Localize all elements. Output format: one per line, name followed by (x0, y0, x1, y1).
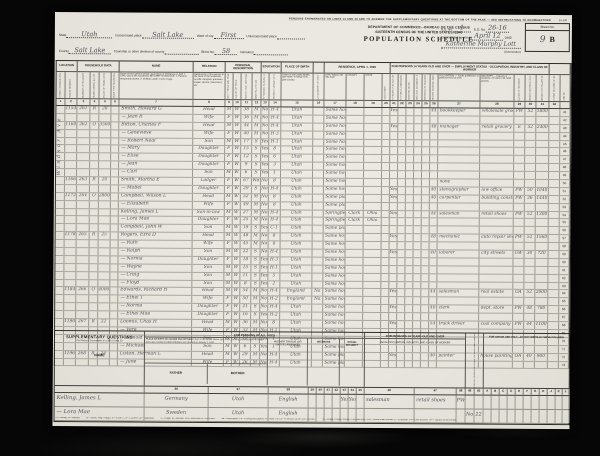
table-cell (89, 264, 98, 271)
table-cell (55, 303, 64, 310)
column-number: H (540, 389, 548, 395)
column-number: 17 (324, 101, 346, 107)
table-cell (65, 138, 77, 145)
table-cell (398, 234, 406, 241)
table-cell (77, 169, 90, 176)
table-cell (76, 272, 89, 279)
table-cell: 54 (429, 321, 437, 328)
table-cell: Yes (260, 257, 268, 264)
table-cell (414, 116, 422, 123)
table-cell (364, 163, 382, 170)
table-cell (346, 226, 364, 233)
table-cell (390, 171, 398, 178)
table-cell: city streets (480, 251, 514, 258)
table-cell (413, 282, 421, 289)
column-group-header: LOCATION (57, 61, 78, 71)
table-cell: — Norma (118, 256, 192, 263)
table-cell (77, 114, 90, 121)
sd-value: 1 (453, 25, 471, 32)
scanned-census-page: PERSONS ENUMERATED ON LINES 14 AND 29 AR… (0, 0, 600, 456)
column-header: COLOR OR RACE (233, 73, 241, 99)
table-cell (346, 139, 364, 146)
column-number: E (516, 389, 524, 395)
column-header: AT PUBLIC EMERGENCY WORK (398, 74, 406, 100)
table-cell: No (261, 249, 269, 256)
table-cell: Same house (324, 123, 346, 130)
table-cell: No (261, 241, 269, 248)
table-cell (55, 272, 64, 279)
column-number: 27 (438, 101, 480, 107)
column-number: C (500, 389, 508, 395)
table-cell (65, 201, 77, 208)
table-cell (514, 203, 525, 210)
block-label: Block No. (201, 50, 215, 55)
column-number (55, 386, 145, 393)
table-cell (438, 140, 480, 147)
table-cell (513, 298, 524, 305)
column-number: 1 (56, 99, 65, 105)
column-group-header: RELATION (194, 62, 226, 72)
column-header: HIGHEST GRADE OF SCHOOL COMPLETED (269, 73, 281, 99)
table-cell (406, 116, 414, 123)
table-cell (549, 117, 560, 124)
table-cell: 53 (560, 204, 570, 211)
table-cell: Wd (252, 178, 261, 185)
table-cell (56, 216, 65, 223)
table-cell (363, 274, 381, 281)
table-cell (549, 243, 560, 250)
table-cell (77, 130, 90, 137)
table-cell (525, 117, 536, 124)
table-cell: M (225, 170, 233, 177)
table-cell: 15 (240, 265, 251, 272)
incorporated-place-label: Incorporated place (115, 33, 141, 38)
table-cell: 1100 (535, 322, 548, 329)
table-cell (514, 164, 525, 171)
table-cell: H-4 (269, 107, 281, 114)
table-cell (524, 298, 535, 305)
table-cell: Utah (281, 139, 313, 146)
table-cell: Daughter (193, 162, 225, 169)
table-cell: — Robert Neal (119, 138, 193, 145)
table-cell: W (233, 218, 241, 225)
table-cell (90, 169, 99, 176)
table-cell: No (260, 289, 268, 296)
table-cell: Son (193, 225, 225, 232)
table-cell (535, 275, 548, 282)
table-cell (406, 227, 414, 234)
table-cell (421, 306, 429, 313)
table-cell (406, 219, 414, 226)
table-cell (398, 195, 406, 202)
table-cell (405, 313, 413, 320)
table-cell (312, 257, 323, 264)
table-cell (480, 164, 514, 171)
table-cell (90, 201, 99, 208)
table-cell (406, 203, 414, 210)
column-header: WAGES OR SALARY RECEIVED IN 1939 (536, 75, 549, 101)
usual-occupation-label: USUAL OCCUPATION, INDUSTRY, AND CLASS OF… (365, 339, 465, 347)
column-number: 20 (382, 101, 390, 107)
table-cell (65, 169, 77, 176)
table-cell (405, 258, 413, 265)
table-cell (397, 258, 405, 265)
table-cell (76, 256, 89, 263)
ward-label: Ward of city (197, 34, 214, 39)
table-cell (398, 163, 406, 170)
incorporated-place-field: Incorporated place Salt Lake (115, 32, 193, 39)
column-number: 47 (415, 388, 457, 394)
table-cell: M (252, 107, 261, 114)
table-cell: H-4 (269, 115, 281, 122)
table-cell (414, 195, 422, 202)
table-cell: none (438, 179, 480, 186)
table-cell: Utah (280, 320, 312, 327)
table-cell (397, 290, 405, 297)
table-cell (313, 210, 324, 217)
table-cell (389, 258, 397, 265)
table-cell: salesman (365, 395, 415, 408)
table-cell (429, 258, 437, 265)
table-cell (422, 250, 430, 257)
table-cell (111, 122, 119, 129)
table-cell (536, 172, 549, 179)
column-number: 4 (90, 99, 99, 105)
table-cell (422, 219, 430, 226)
table-cell: — Elizabeth (119, 201, 193, 208)
column-number: 32 (549, 102, 560, 108)
table-cell (398, 211, 406, 218)
table-cell: M (252, 202, 261, 209)
enumeration-date-line: Enumerated by me on April 12 , 1940 (441, 33, 521, 40)
table-cell (549, 164, 560, 171)
mother-tongue-column-header: MOTHER TONGUE (OR NATIVE LANGUAGE) (268, 338, 308, 385)
table-cell: 8 (269, 178, 281, 185)
table-cell (398, 140, 406, 147)
column-number: 44 (349, 388, 357, 394)
column-header: HAS JOB, BUSINESS, ETC. (414, 74, 422, 100)
table-cell (398, 179, 406, 186)
table-cell (99, 138, 111, 145)
table-cell (525, 156, 536, 163)
table-cell: S (251, 273, 260, 280)
table-cell (89, 280, 98, 287)
table-cell: 48 (560, 164, 570, 171)
table-cell (413, 258, 421, 265)
table-cell (55, 287, 64, 294)
table-cell (514, 227, 525, 234)
column-header: WEEKS WORKED IN 1939 (525, 75, 536, 101)
table-cell (90, 240, 99, 247)
table-cell: 1184 (64, 288, 76, 295)
table-cell (405, 274, 413, 281)
table-cell (390, 242, 398, 249)
table-cell: Na (312, 289, 323, 296)
table-cell (438, 164, 480, 171)
table-cell: PW (514, 188, 525, 195)
header-fields-row-2: County Salt Lake Township or other divis… (59, 38, 331, 56)
table-cell (414, 219, 422, 226)
table-cell (430, 227, 438, 234)
county-field: County Salt Lake (59, 48, 111, 55)
table-cell (480, 132, 514, 139)
table-cell (111, 248, 119, 255)
table-cell: No (260, 305, 268, 312)
table-cell (389, 297, 397, 304)
table-cell (89, 303, 98, 310)
table-cell: Son (192, 280, 224, 287)
table-cell: S (252, 226, 261, 233)
table-cell: 36 (241, 115, 252, 122)
state-label: State (59, 33, 66, 38)
table-cell (548, 291, 559, 298)
table-cell (77, 138, 90, 145)
table-cell (514, 243, 525, 250)
table-cell (390, 163, 398, 170)
table-cell (55, 311, 64, 318)
table-cell: H-4 (269, 249, 281, 256)
table-cell: Same house (324, 234, 346, 241)
table-cell (406, 171, 414, 178)
table-cell (405, 321, 413, 328)
table-cell: Son-in-law (193, 209, 225, 216)
table-cell (363, 305, 381, 312)
table-cell (438, 242, 480, 249)
table-cell: Yes (260, 265, 268, 272)
table-cell: 67 (559, 314, 569, 321)
table-cell (421, 266, 429, 273)
table-cell (55, 280, 64, 287)
table-cell: Ohio (364, 210, 382, 217)
header-district-fields: S.D. No. 1 E.D. No. 26-16 Enumerated by … (441, 25, 521, 53)
table-cell: — Genevieve (119, 130, 193, 137)
table-cell: Utah (281, 249, 313, 256)
table-cell: 58 (560, 243, 570, 250)
column-number: 14 (269, 100, 281, 106)
table-cell (312, 321, 323, 328)
table-cell (363, 258, 381, 265)
unincorporated-field: Unincorporated place (246, 34, 304, 39)
table-cell: Utah (281, 194, 313, 201)
table-cell: 44 (560, 133, 570, 140)
table-cell: Yes (390, 108, 398, 115)
table-cell (364, 171, 382, 178)
table-cell: O (89, 288, 98, 295)
column-header: CITY, TOWN, OR VILLAGE (324, 74, 346, 100)
table-cell: M (252, 241, 261, 248)
table-cell (345, 313, 363, 320)
table-cell: W (233, 202, 241, 209)
table-cell (90, 185, 99, 192)
column-header: OCCUPATION — Trade, profession, or parti… (438, 74, 480, 100)
table-cell (406, 242, 414, 249)
footer-note: W—White. Neg—Negro. In—Indian. Chi—Chine… (86, 417, 154, 419)
column-header: ENGAGED IN HOUSEWORK OR SCHOOL (422, 74, 430, 100)
table-cell: S (252, 147, 261, 154)
table-cell (397, 282, 405, 289)
table-cell (64, 264, 76, 271)
table-cell (549, 204, 560, 211)
table-cell: wholesale grocery (480, 109, 514, 116)
table-cell (346, 234, 364, 241)
table-cell: building constr. (480, 195, 514, 202)
table-cell: Utah (281, 107, 313, 114)
table-cell: 36 (240, 320, 251, 327)
enumerator-signature: Katherine Murphy Lott (441, 41, 521, 48)
table-cell: 720 (536, 251, 549, 258)
table-cell (346, 195, 364, 202)
table-cell (421, 258, 429, 265)
table-cell: Yes (389, 290, 397, 297)
table-cell (475, 396, 484, 409)
table-cell (364, 250, 382, 257)
column-group-header: RESIDENCE, APRIL 1, 1935 (325, 63, 391, 73)
table-cell (90, 130, 99, 137)
top-instruction-text: PERSONS ENUMERATED ON LINES 14 AND 29 AR… (289, 17, 551, 22)
table-cell: 52 (560, 196, 570, 203)
table-cell: W (232, 265, 240, 272)
table-cell (382, 140, 390, 147)
table-cell: 2800 (99, 193, 111, 200)
table-cell: Same house (323, 273, 345, 280)
table-cell (364, 147, 382, 154)
table-cell: Campbell, Wilson L (119, 193, 193, 200)
table-cell: W (232, 273, 240, 280)
table-cell (98, 311, 110, 318)
column-number: 12 (252, 100, 261, 106)
table-cell (548, 298, 559, 305)
column-group-header: PLACE OF BIRTH (282, 62, 314, 72)
table-cell (111, 209, 119, 216)
table-cell: Clark (346, 218, 364, 225)
parents-birthplace-group: PLACE OF BIRTH OF FATHER AND MOTHER If b… (145, 338, 269, 386)
table-cell (549, 227, 560, 234)
table-cell: 44 (429, 290, 437, 297)
table-cell (536, 219, 549, 226)
table-cell (548, 275, 559, 282)
table-cell (111, 162, 119, 169)
table-cell (513, 282, 524, 289)
table-cell: No (261, 115, 269, 122)
table-cell (111, 138, 119, 145)
table-cell: M (252, 194, 261, 201)
census-form-paper: PERSONS ENUMERATED ON LINES 14 AND 29 AR… (52, 12, 572, 429)
table-cell: No (261, 194, 269, 201)
table-cell: F (225, 146, 233, 153)
table-cell (479, 259, 513, 266)
table-cell: Head (192, 320, 224, 327)
column-number: 40 (317, 388, 325, 394)
table-cell: Utah (281, 234, 313, 241)
table-cell: H-2 (268, 312, 280, 319)
table-cell (111, 154, 119, 161)
table-cell (313, 147, 324, 154)
table-cell (548, 259, 559, 266)
table-cell: Loomis, Chas H (118, 319, 192, 326)
table-cell (382, 226, 390, 233)
table-cell (406, 155, 414, 162)
table-cell (345, 273, 363, 280)
table-cell (549, 141, 560, 148)
table-cell (398, 171, 406, 178)
table-cell (111, 193, 119, 200)
institution-field: Institution (240, 50, 288, 55)
table-cell (430, 148, 438, 155)
table-cell (414, 203, 422, 210)
table-cell (77, 240, 90, 247)
table-cell: S (251, 281, 260, 288)
table-cell (480, 156, 514, 163)
table-cell: Germany (145, 394, 209, 407)
table-cell: M (225, 233, 233, 240)
table-cell: Same house (324, 116, 346, 123)
table-cell: Daughter (193, 186, 225, 193)
table-cell: H-4 (268, 289, 280, 296)
column-number: 6 (111, 99, 119, 105)
institution-value (254, 54, 288, 55)
table-cell: Same house (324, 163, 346, 170)
table-cell: mechanic (438, 235, 480, 242)
table-cell (111, 146, 119, 153)
table-cell (414, 171, 422, 178)
table-cell (55, 319, 64, 326)
table-cell (313, 155, 324, 162)
table-cell: M (224, 289, 232, 296)
table-cell (346, 171, 364, 178)
table-cell (312, 265, 323, 272)
table-cell (77, 153, 90, 160)
table-cell: — Ethel T (118, 296, 192, 303)
table-cell (390, 226, 398, 233)
table-cell: Wife (193, 115, 225, 122)
table-cell (345, 289, 363, 296)
main-leaf-row: STREET, AVENUE, ROAD, ETC.HOUSE NUMBERNU… (56, 72, 570, 102)
township-value (164, 54, 198, 55)
table-cell (382, 203, 390, 210)
office-use-group: FOR OFFICE USE ONLY—DO NOT WRITE IN THES… (484, 334, 569, 389)
table-cell: 28 (99, 106, 111, 113)
table-cell (64, 280, 76, 287)
column-number: A (484, 389, 492, 395)
table-cell (111, 217, 119, 224)
table-cell (405, 305, 413, 312)
table-cell (313, 163, 324, 170)
table-cell (438, 219, 480, 226)
column-number: 48 (457, 388, 466, 394)
table-cell: Head (193, 123, 225, 130)
table-cell (525, 243, 536, 250)
table-cell (364, 124, 382, 131)
table-cell (309, 395, 317, 408)
column-number: F (524, 389, 532, 395)
table-cell (413, 266, 421, 273)
table-cell (99, 201, 111, 208)
column-number (560, 102, 570, 108)
table-cell: England (280, 297, 312, 304)
table-cell (363, 313, 381, 320)
table-cell: 12 (241, 154, 252, 161)
table-cell (381, 297, 389, 304)
supplementary-questions-section: SUPPLEMENTARY QUESTIONS For Persons Enum… (53, 330, 570, 425)
table-cell (516, 396, 524, 409)
table-cell: S (252, 249, 261, 256)
table-cell: 49 (560, 172, 570, 179)
table-cell: Same house (324, 242, 346, 249)
table-cell: S (251, 304, 260, 311)
column-group-header: NAME (120, 61, 194, 71)
table-cell (549, 125, 560, 132)
table-cell (398, 187, 406, 194)
